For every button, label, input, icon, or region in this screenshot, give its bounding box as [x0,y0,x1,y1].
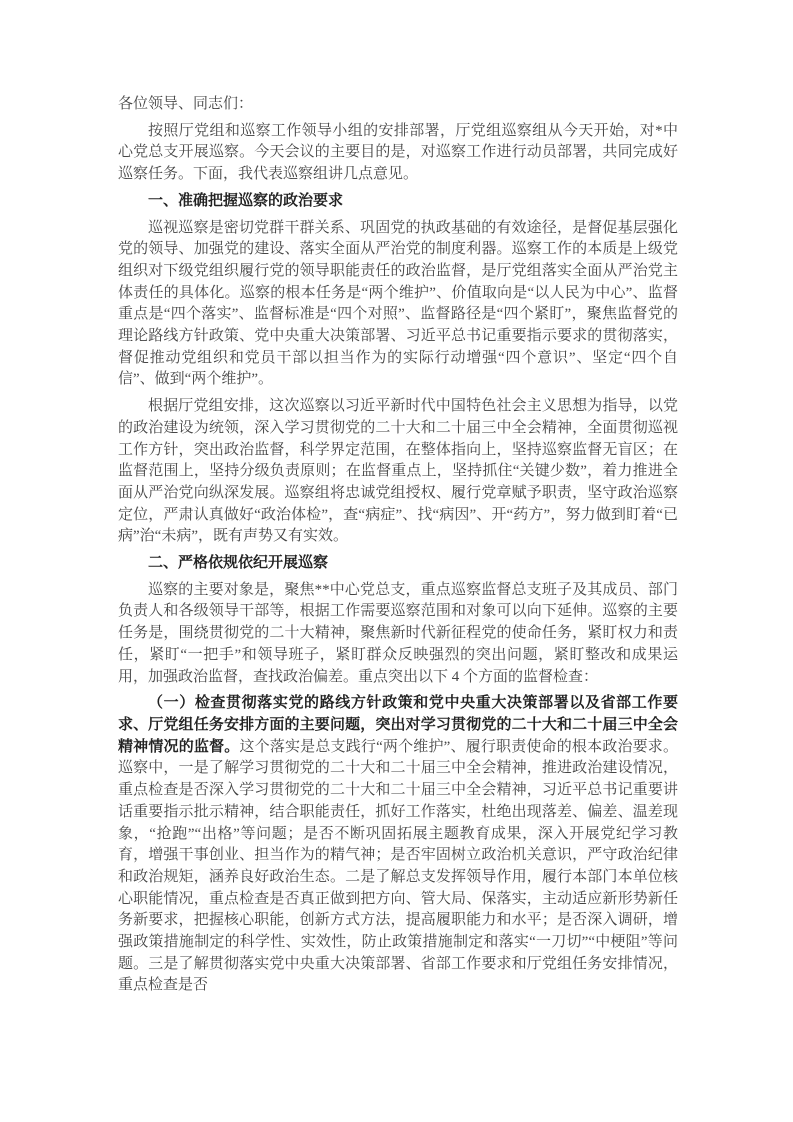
body-paragraph: 根据厅党组安排，这次巡察以习近平新时代中国特色社会主义思想为指导，以党的政治建设… [118,396,678,548]
body-paragraph: 按照厅党组和巡察工作领导小组的安排部署，厅党组巡察组从今天开始，对*中心党总支开… [118,121,678,186]
document-page: 各位领导、同志们：按照厅党组和巡察工作领导小组的安排部署，厅党组巡察组从今天开始… [0,0,793,1122]
section-heading: 二、严格依规依纪开展巡察 [118,553,678,575]
body-paragraph: 巡视巡察是密切党群干群关系、巩固党的执政基础的有效途径，是督促基层强化党的领导、… [118,218,678,392]
paragraph-text: 这个落实是总支践行“两个维护”、履行职责使命的根本政治要求。巡察中，一是了解学习… [118,739,678,994]
salutation: 各位领导、同志们： [118,94,678,116]
body-paragraph: （一）检查贯彻落实党的路线方针政策和党中央重大决策部署以及省部工作要求、厅党组任… [118,693,678,997]
section-heading: 一、准确把握巡察的政治要求 [118,191,678,213]
body-paragraph: 巡察的主要对象是，聚焦**中心党总支，重点巡察监督总支班子及其成员、部门负责人和… [118,580,678,689]
